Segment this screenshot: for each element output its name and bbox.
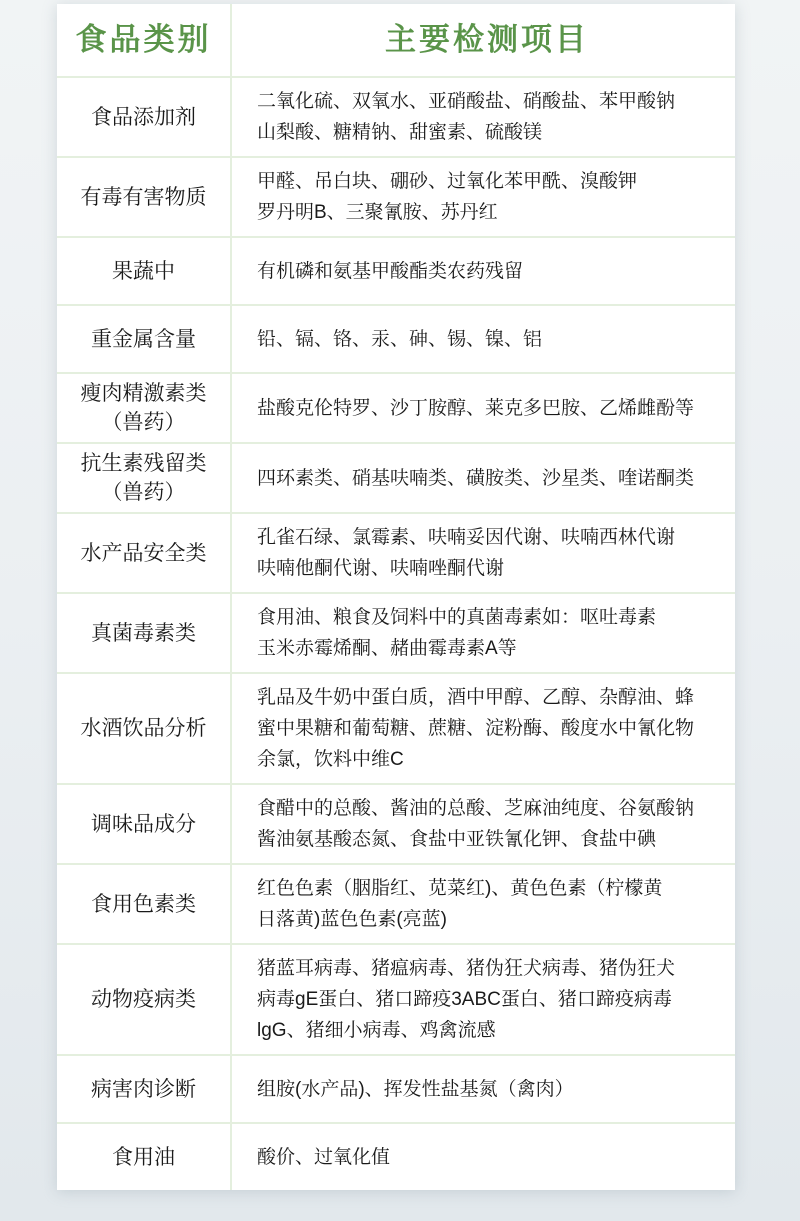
- items-cell: 红色色素（胭脂红、苋菜红)、黄色色素（柠檬黄 日落黄)蓝色色素(亮蓝): [232, 865, 735, 943]
- category-cell: 水酒饮品分析: [57, 674, 232, 783]
- category-cell: 瘦肉精激素类 （兽药）: [57, 374, 232, 442]
- category-cell: 抗生素残留类 （兽药）: [57, 444, 232, 512]
- items-cell: 孔雀石绿、氯霉素、呋喃妥因代谢、呋喃西林代谢 呋喃他酮代谢、呋喃唑酮代谢: [232, 514, 735, 592]
- items-cell: 组胺(水产品)、挥发性盐基氮（禽肉）: [232, 1056, 735, 1122]
- category-cell: 食用油: [57, 1124, 232, 1190]
- category-cell: 食品添加剂: [57, 78, 232, 156]
- table-row: 病害肉诊断 组胺(水产品)、挥发性盐基氮（禽肉）: [57, 1054, 735, 1122]
- category-cell: 真菌毒素类: [57, 594, 232, 672]
- food-testing-table: 食品类别 主要检测项目 食品添加剂 二氧化硫、双氧水、亚硝酸盐、硝酸盐、苯甲酸钠…: [57, 4, 735, 1190]
- category-cell: 重金属含量: [57, 306, 232, 372]
- items-cell: 四环素类、硝基呋喃类、磺胺类、沙星类、喹诺酮类: [232, 444, 735, 512]
- table-row: 水产品安全类 孔雀石绿、氯霉素、呋喃妥因代谢、呋喃西林代谢 呋喃他酮代谢、呋喃唑…: [57, 512, 735, 592]
- table-row: 调味品成分 食醋中的总酸、酱油的总酸、芝麻油纯度、谷氨酸钠 酱油氨基酸态氮、食盐…: [57, 783, 735, 863]
- items-cell: 二氧化硫、双氧水、亚硝酸盐、硝酸盐、苯甲酸钠 山梨酸、糖精钠、甜蜜素、硫酸镁: [232, 78, 735, 156]
- header-items-cell: 主要检测项目: [232, 4, 735, 76]
- table-row: 动物疫病类 猪蓝耳病毒、猪瘟病毒、猪伪狂犬病毒、猪伪狂犬 病毒gE蛋白、猪口蹄疫…: [57, 943, 735, 1054]
- category-cell: 调味品成分: [57, 785, 232, 863]
- category-cell: 动物疫病类: [57, 945, 232, 1054]
- table-row: 食用色素类 红色色素（胭脂红、苋菜红)、黄色色素（柠檬黄 日落黄)蓝色色素(亮蓝…: [57, 863, 735, 943]
- category-cell: 食用色素类: [57, 865, 232, 943]
- table-row: 食用油 酸价、过氧化值: [57, 1122, 735, 1190]
- category-cell: 有毒有害物质: [57, 158, 232, 236]
- header-category-cell: 食品类别: [57, 4, 232, 76]
- table-row: 抗生素残留类 （兽药） 四环素类、硝基呋喃类、磺胺类、沙星类、喹诺酮类: [57, 442, 735, 512]
- items-cell: 酸价、过氧化值: [232, 1124, 735, 1190]
- category-cell: 果蔬中: [57, 238, 232, 304]
- category-cell: 病害肉诊断: [57, 1056, 232, 1122]
- items-cell: 铅、镉、铬、汞、砷、锡、镍、铝: [232, 306, 735, 372]
- table-header-row: 食品类别 主要检测项目: [57, 4, 735, 76]
- table-row: 真菌毒素类 食用油、粮食及饲料中的真菌毒素如：呕吐毒素 玉米赤霉烯酮、赭曲霉毒素…: [57, 592, 735, 672]
- items-cell: 猪蓝耳病毒、猪瘟病毒、猪伪狂犬病毒、猪伪狂犬 病毒gE蛋白、猪口蹄疫3ABC蛋白…: [232, 945, 735, 1054]
- items-cell: 食用油、粮食及饲料中的真菌毒素如：呕吐毒素 玉米赤霉烯酮、赭曲霉毒素A等: [232, 594, 735, 672]
- items-cell: 乳品及牛奶中蛋白质，酒中甲醇、乙醇、杂醇油、蜂 蜜中果糖和葡萄糖、蔗糖、淀粉酶、…: [232, 674, 735, 783]
- table-row: 食品添加剂 二氧化硫、双氧水、亚硝酸盐、硝酸盐、苯甲酸钠 山梨酸、糖精钠、甜蜜素…: [57, 76, 735, 156]
- category-cell: 水产品安全类: [57, 514, 232, 592]
- table-row: 果蔬中 有机磷和氨基甲酸酯类农药残留: [57, 236, 735, 304]
- items-cell: 有机磷和氨基甲酸酯类农药残留: [232, 238, 735, 304]
- items-cell: 甲醛、吊白块、硼砂、过氧化苯甲酰、溴酸钾 罗丹明B、三聚氰胺、苏丹红: [232, 158, 735, 236]
- table-row: 重金属含量 铅、镉、铬、汞、砷、锡、镍、铝: [57, 304, 735, 372]
- items-cell: 盐酸克伦特罗、沙丁胺醇、莱克多巴胺、乙烯雌酚等: [232, 374, 735, 442]
- table-row: 有毒有害物质 甲醛、吊白块、硼砂、过氧化苯甲酰、溴酸钾 罗丹明B、三聚氰胺、苏丹…: [57, 156, 735, 236]
- items-cell: 食醋中的总酸、酱油的总酸、芝麻油纯度、谷氨酸钠 酱油氨基酸态氮、食盐中亚铁氰化钾…: [232, 785, 735, 863]
- table-row: 瘦肉精激素类 （兽药） 盐酸克伦特罗、沙丁胺醇、莱克多巴胺、乙烯雌酚等: [57, 372, 735, 442]
- table-row: 水酒饮品分析 乳品及牛奶中蛋白质，酒中甲醇、乙醇、杂醇油、蜂 蜜中果糖和葡萄糖、…: [57, 672, 735, 783]
